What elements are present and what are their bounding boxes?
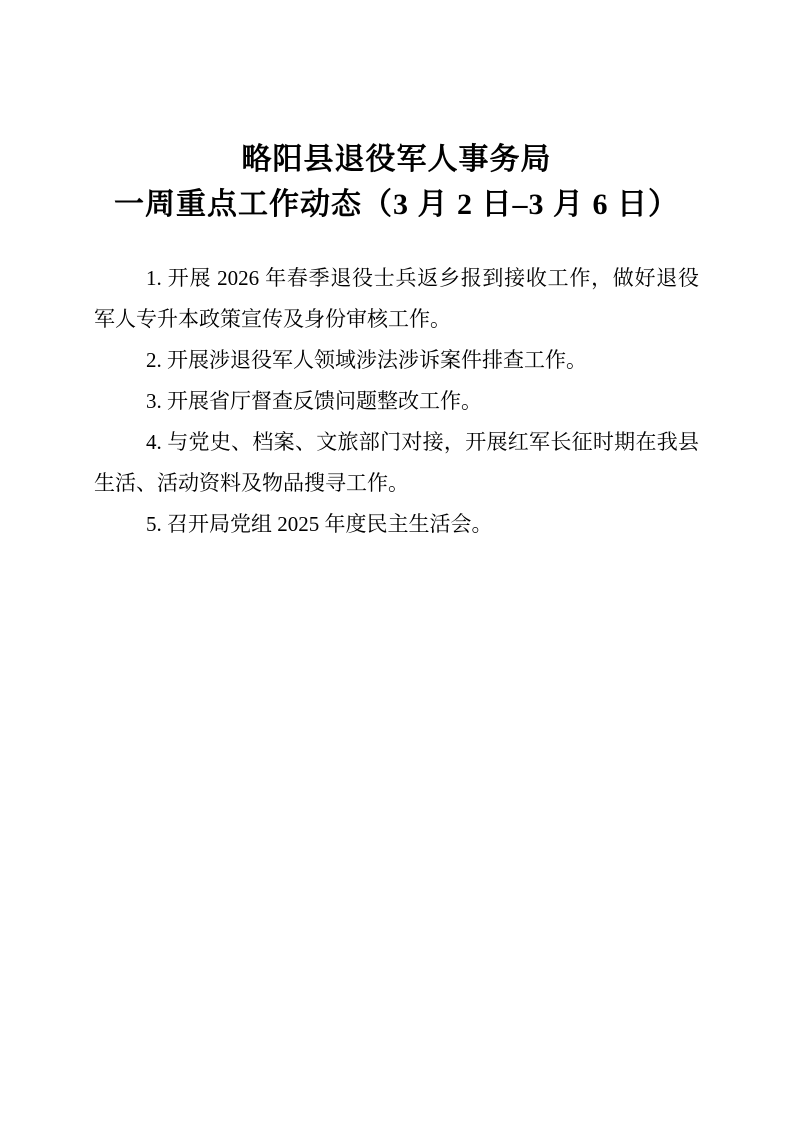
title-line-1: 略阳县退役军人事务局 xyxy=(0,137,793,182)
work-item-4: 4. 与党史、档案、文旅部门对接，开展红军长征时期在我县生活、活动资料及物品搜寻… xyxy=(94,422,699,504)
work-item-2: 2. 开展涉退役军人领域涉法涉诉案件排查工作。 xyxy=(94,340,699,381)
document-body: 1. 开展 2026 年春季退役士兵返乡报到接收工作，做好退役军人专升本政策宣传… xyxy=(94,258,699,545)
work-item-1: 1. 开展 2026 年春季退役士兵返乡报到接收工作，做好退役军人专升本政策宣传… xyxy=(94,258,699,340)
document-title: 略阳县退役军人事务局 一周重点工作动态（3 月 2 日–3 月 6 日） xyxy=(0,137,793,227)
work-item-5: 5. 召开局党组 2025 年度民主生活会。 xyxy=(94,504,699,545)
work-item-3: 3. 开展省厅督查反馈问题整改工作。 xyxy=(94,381,699,422)
document-page: 略阳县退役军人事务局 一周重点工作动态（3 月 2 日–3 月 6 日） 1. … xyxy=(0,0,793,1122)
title-line-2: 一周重点工作动态（3 月 2 日–3 月 6 日） xyxy=(0,182,793,227)
